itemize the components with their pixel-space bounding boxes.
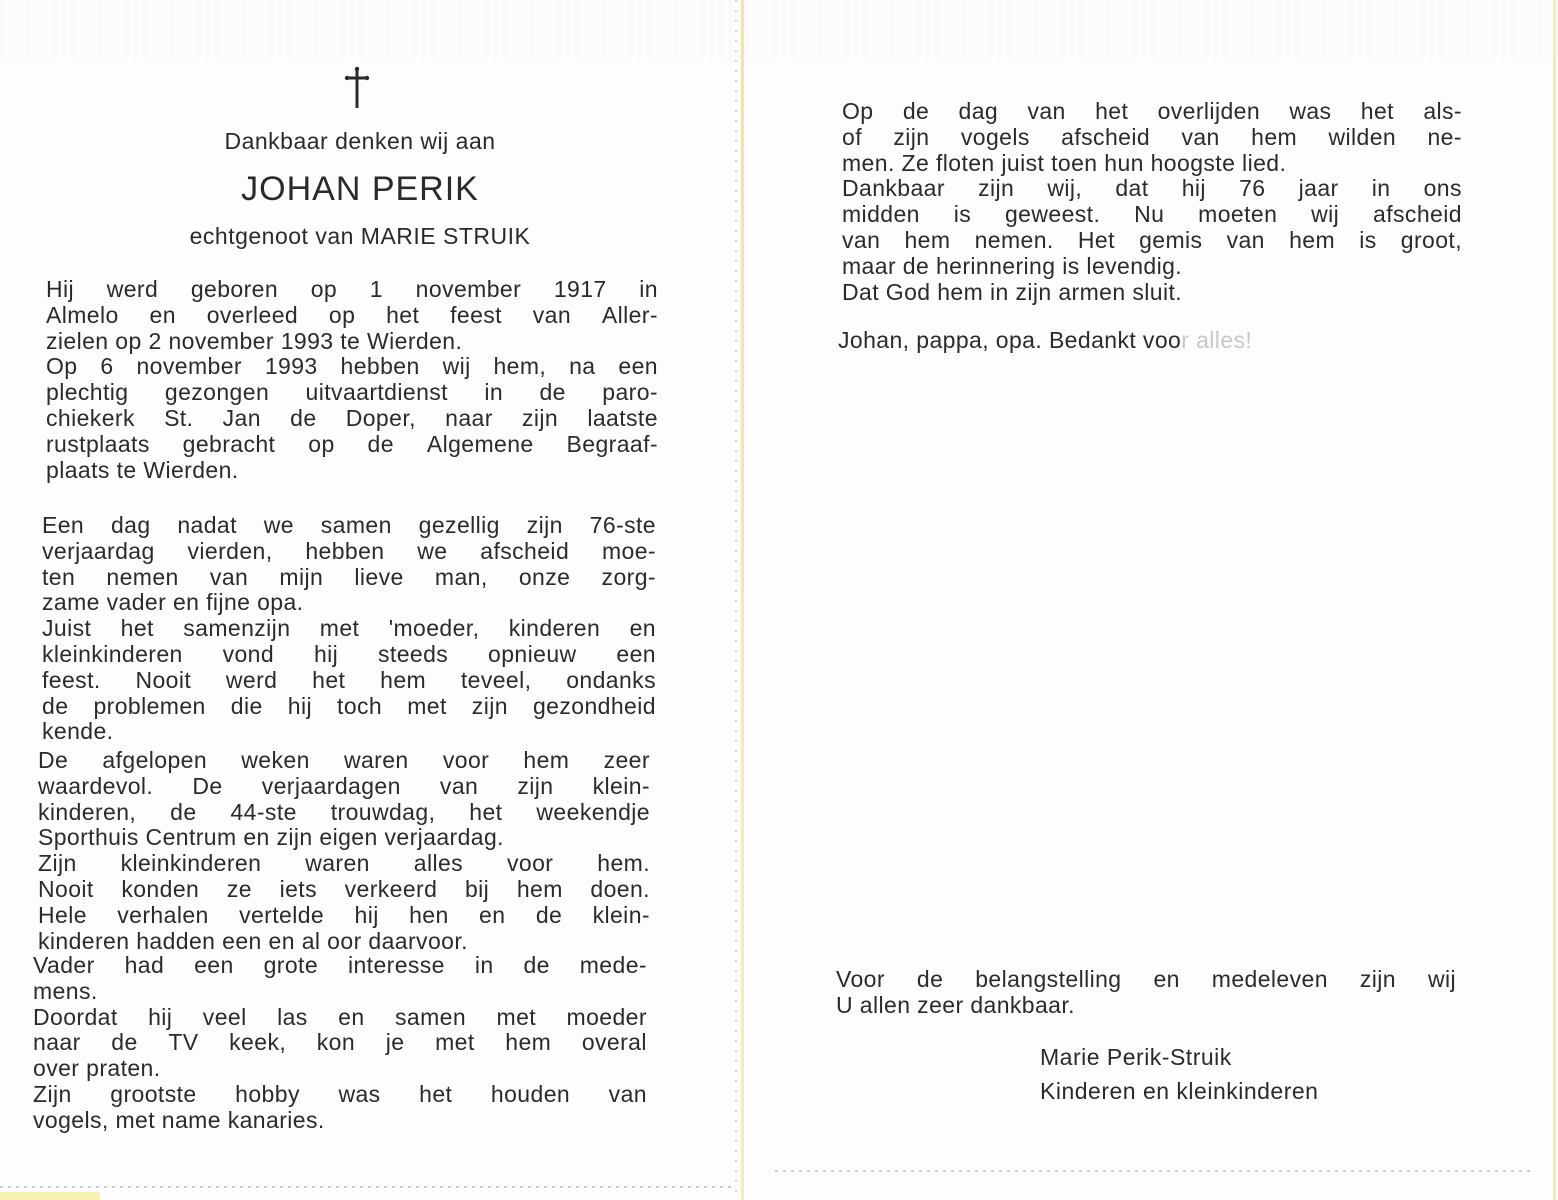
gratitude-paragraph: VoordebelangstellingenmedelevenzijnwijU …	[836, 967, 1456, 1019]
text-line: Opdedagvanhetoverlijdenwashetals-	[842, 99, 1462, 125]
text-line: Dankbaarzijnwij,dathij76jaarinons	[842, 176, 1462, 202]
deceased-name: JOHAN PERIK	[120, 170, 600, 209]
text-line: vogels, met name kanaries.	[33, 1108, 647, 1134]
text-line: Vaderhadeengroteinteresseindemede-	[33, 953, 647, 979]
text-line: Heleverhalenverteldehijhenendeklein-	[38, 903, 650, 929]
farewell-paragraph: Opdedagvanhetoverlijdenwashetals-ofzijnv…	[842, 99, 1462, 305]
text-line: ofzijnvogelsafscheidvanhemwildenne-	[842, 125, 1462, 151]
text-line: zame vader en fijne opa.	[42, 590, 656, 616]
left-card-panel: Dankbaar denken wij aan JOHAN PERIK echt…	[0, 0, 735, 1200]
text-line: plaats te Wierden.	[46, 458, 658, 484]
text-line: kinderen,de44-stetrouwdag,hetweekendje	[38, 800, 650, 826]
text-line: Sporthuis Centrum en zijn eigen verjaard…	[38, 825, 650, 851]
text-line: Dat God hem in zijn armen sluit.	[842, 280, 1462, 306]
card-fold	[741, 0, 744, 1200]
text-line: verjaardagvierden,hebbenweafscheidmoe-	[42, 539, 656, 565]
text-line: kleinkinderenvondhijsteedsopnieuween	[42, 642, 656, 668]
text-line: feest.Nooitwerdhethemteveel,ondanks	[42, 668, 656, 694]
text-line: Juisthetsamenzijnmet'moeder,kinderenen	[42, 616, 656, 642]
text-line: men. Ze floten juist toen hun hoogste li…	[842, 151, 1462, 177]
text-line: tennemenvanmijnlieveman,onzezorg-	[42, 565, 656, 591]
text-line: Op6november1993hebbenwijhem,naeen	[46, 354, 658, 380]
text-line: mens.	[33, 979, 647, 1005]
text-line: Eendagnadatwesamengezelligzijn76-ste	[42, 513, 656, 539]
text-line: middenisgeweest.Numoetenwijafscheid	[842, 202, 1462, 228]
intro-text: Dankbaar denken wij aan	[120, 128, 600, 155]
card-bottom-edge	[775, 1170, 1535, 1172]
text-line: maar de herinnering is levendig.	[842, 254, 1462, 280]
text-line: naardeTVkeek,konjemethemoveral	[33, 1030, 647, 1056]
text-line: chiekerkSt.JandeDoper,naarzijnlaatste	[46, 406, 658, 432]
thanks-line: Johan, pappa, opa. Bedankt voor alles!	[838, 328, 1458, 354]
signature-widow: Marie Perik-Struik	[1040, 1044, 1232, 1071]
card-edge	[1553, 0, 1556, 1200]
text-line: deproblemendiehijtochmetzijngezondheid	[42, 694, 656, 720]
text-line: vanhemnemen.Hetgemisvanhemisgroot,	[842, 228, 1462, 254]
biography-paragraph: Hijwerdgeborenop1november1917inAlmeloeno…	[46, 277, 658, 483]
paper-stain	[0, 1192, 100, 1200]
text-line: Zijnkleinkinderenwarenallesvoorhem.	[38, 851, 650, 877]
text-line: Johan, pappa, opa. Bedankt voor alles!	[838, 328, 1458, 354]
text-line: waardevol.Deverjaardagenvanzijnklein-	[38, 774, 650, 800]
signature-family: Kinderen en kleinkinderen	[1040, 1078, 1318, 1105]
text-line: kende.	[42, 719, 656, 745]
text-line: AlmeloenoverleedophetfeestvanAller-	[46, 303, 658, 329]
text-line: zielen op 2 november 1993 te Wierden.	[46, 329, 658, 355]
text-line: kinderen hadden een en al oor daarvoor.	[38, 929, 650, 955]
text-line: Nooitkondenzeietsverkeerdbijhemdoen.	[38, 877, 650, 903]
text-line: plechtiggezongenuitvaartdienstindeparo-	[46, 380, 658, 406]
text-line: Doordathijveellasensamenmetmoeder	[33, 1005, 647, 1031]
spouse-line: echtgenoot van MARIE STRUIK	[100, 223, 620, 250]
card-bottom-edge	[0, 1186, 735, 1188]
text-line: Voordebelangstellingenmedelevenzijnwij	[836, 967, 1456, 993]
text-line: U allen zeer dankbaar.	[836, 993, 1456, 1019]
fold-perforation	[735, 0, 737, 1200]
text-line: rustplaatsgebrachtopdeAlgemeneBegraaf-	[46, 432, 658, 458]
text-line: Deafgelopenwekenwarenvoorhemzeer	[38, 748, 650, 774]
recent-weeks-paragraph: Deafgelopenwekenwarenvoorhemzeerwaardevo…	[38, 748, 650, 954]
text-line: Hijwerdgeborenop1november1917in	[46, 277, 658, 303]
text-line: over praten.	[33, 1056, 647, 1082]
interests-paragraph: Vaderhadeengroteinteresseindemede-mens.D…	[33, 953, 647, 1134]
cross-icon	[343, 66, 371, 110]
memories-paragraph: Eendagnadatwesamengezelligzijn76-steverj…	[42, 513, 656, 745]
text-line: Zijngrootstehobbywashethoudenvan	[33, 1082, 647, 1108]
